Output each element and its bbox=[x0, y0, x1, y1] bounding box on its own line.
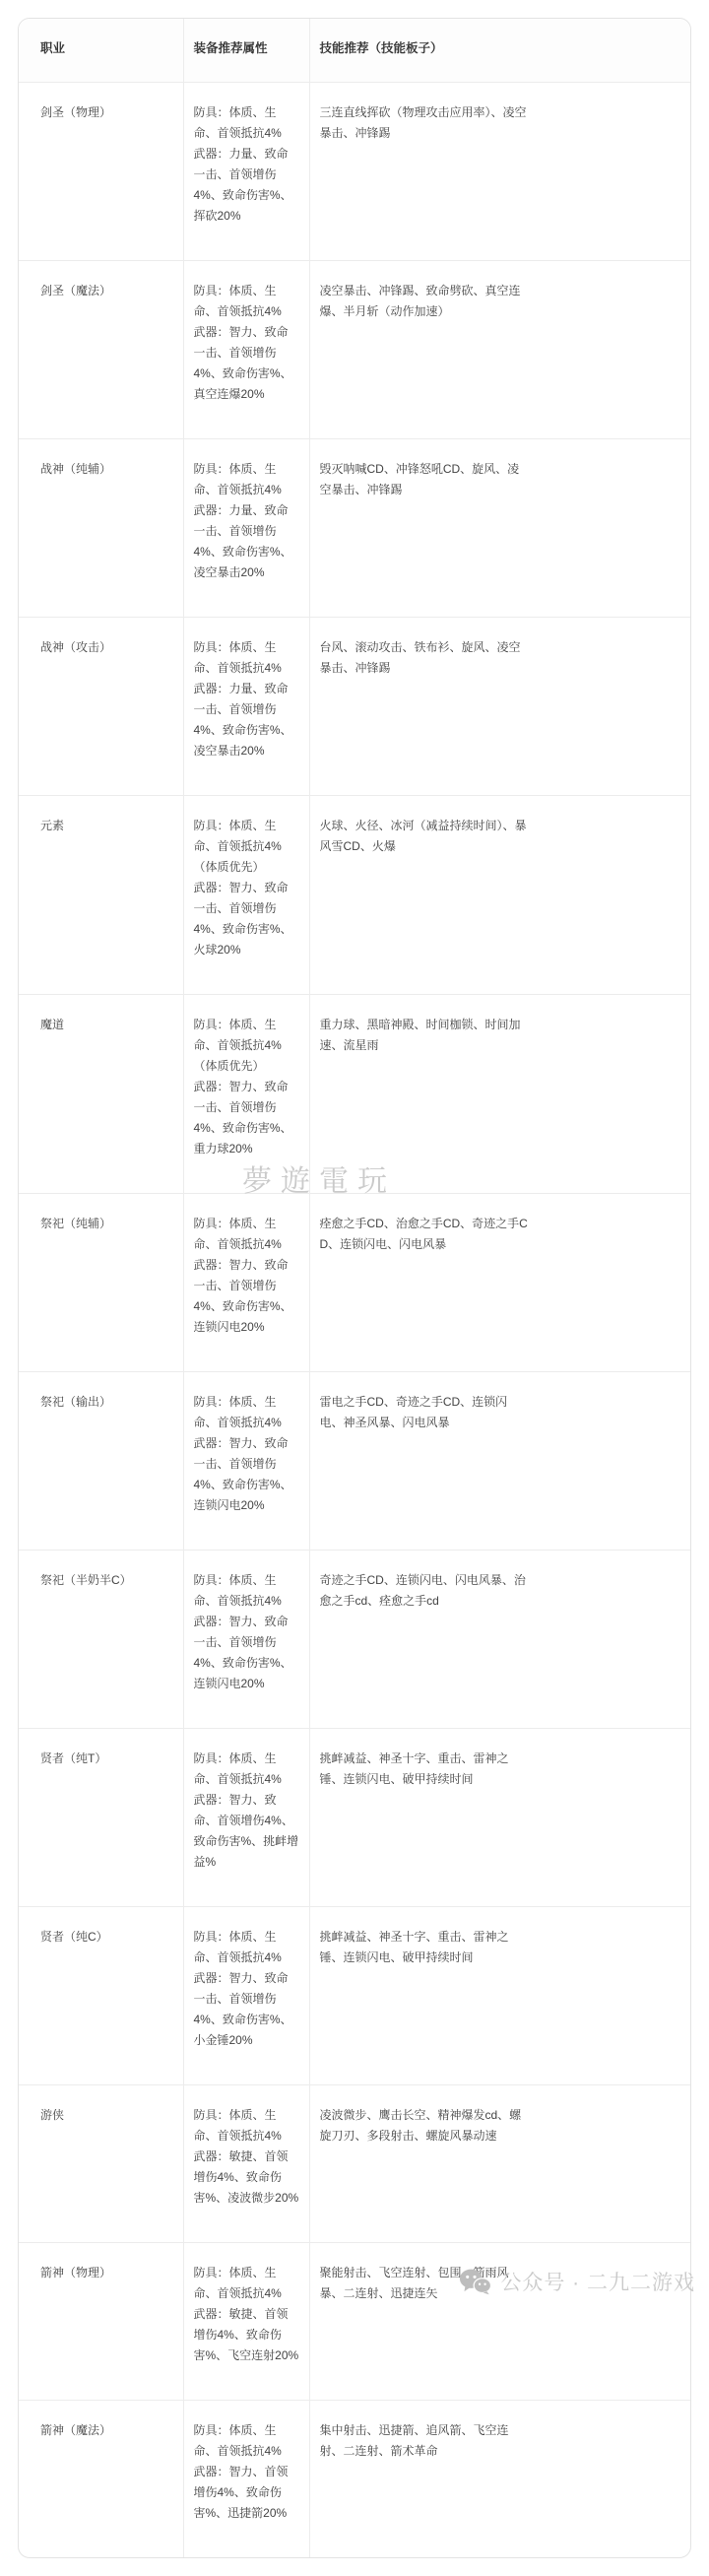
class-label: 元素 bbox=[40, 819, 64, 832]
armor-line: 防具：体质、生命、首领抵抗4% bbox=[194, 1570, 299, 1612]
cell-equipment: 防具：体质、生命、首领抵抗4% 武器：智力、首领增伤4%、致命伤害%、迅捷箭20… bbox=[183, 2401, 309, 2558]
header-cell-skills: 技能推荐（技能板子） bbox=[309, 19, 690, 83]
skills-text: 凌波微步、鹰击长空、精神爆发cd、螺旋刀刃、多段射击、螺旋风暴动速 bbox=[320, 2105, 529, 2147]
weapon-line: 武器：智力、致命一击、首领增伤4%、致命伤害%、连锁闪电20% bbox=[194, 1612, 299, 1694]
header-cell-class: 职业 bbox=[19, 19, 183, 83]
cell-equipment: 防具：体质、生命、首领抵抗4% 武器：智力、致命一击、首领增伤4%、致命伤害%、… bbox=[183, 1907, 309, 2085]
class-guide-table: 职业 装备推荐属性 技能推荐（技能板子） 剑圣（物理） 防具：体质、生命、首领抵… bbox=[18, 18, 691, 2558]
cell-equipment: 防具：体质、生命、首领抵抗4% 武器：智力、致命一击、首领增伤4%、致命伤害%、… bbox=[183, 261, 309, 439]
weapon-line: 武器：智力、致命一击、首领增伤4%、致命伤害%、火球20% bbox=[194, 878, 299, 960]
armor-line: 防具：体质、生命、首领抵抗4%（体质优先） bbox=[194, 1015, 299, 1077]
class-label: 魔道 bbox=[40, 1018, 64, 1031]
cell-equipment: 防具：体质、生命、首领抵抗4% 武器：力量、致命一击、首领增伤4%、致命伤害%、… bbox=[183, 618, 309, 796]
armor-line: 防具：体质、生命、首领抵抗4% bbox=[194, 1927, 299, 1968]
armor-line: 防具：体质、生命、首领抵抗4% bbox=[194, 102, 299, 144]
cell-class: 祭祀（纯辅） bbox=[19, 1194, 183, 1372]
cell-skills: 痊愈之手CD、治愈之手CD、奇迹之手CD、连锁闪电、闪电风暴 bbox=[309, 1194, 690, 1372]
cell-skills: 毁灭呐喊CD、冲锋怒吼CD、旋风、凌空暴击、冲锋踢 bbox=[309, 439, 690, 618]
cell-equipment: 防具：体质、生命、首领抵抗4% 武器：智力、致命一击、首领增伤4%、致命伤害%、… bbox=[183, 1551, 309, 1729]
skills-text: 火球、火径、冰河（减益持续时间）、暴风雪CD、火爆 bbox=[320, 816, 529, 857]
table-row: 贤者（纯C） 防具：体质、生命、首领抵抗4% 武器：智力、致命一击、首领增伤4%… bbox=[19, 1907, 690, 2085]
class-label: 贤者（纯T） bbox=[40, 1751, 106, 1765]
wechat-icon bbox=[459, 2268, 491, 2295]
weapon-line: 武器：敏捷、首领增伤4%、致命伤害%、飞空连射20% bbox=[194, 2304, 299, 2366]
table-row: 箭神（魔法） 防具：体质、生命、首领抵抗4% 武器：智力、首领增伤4%、致命伤害… bbox=[19, 2401, 690, 2558]
cell-equipment: 防具：体质、生命、首领抵抗4% 武器：智力、致命、首领增伤4%、致命伤害%、挑衅… bbox=[183, 1729, 309, 1907]
cell-equipment: 防具：体质、生命、首领抵抗4%（体质优先） 武器：智力、致命一击、首领增伤4%、… bbox=[183, 796, 309, 995]
cell-equipment: 防具：体质、生命、首领抵抗4% 武器：力量、致命一击、首领增伤4%、致命伤害%、… bbox=[183, 439, 309, 618]
skills-text: 三连直线挥砍（物理攻击应用率）、凌空暴击、冲锋踢 bbox=[320, 102, 529, 144]
skills-text: 挑衅减益、神圣十字、重击、雷神之锤、连锁闪电、破甲持续时间 bbox=[320, 1927, 529, 1968]
armor-line: 防具：体质、生命、首领抵抗4% bbox=[194, 1214, 299, 1255]
class-label: 战神（纯辅） bbox=[40, 462, 111, 476]
cell-equipment: 防具：体质、生命、首领抵抗4% 武器：力量、致命一击、首领增伤4%、致命伤害%、… bbox=[183, 83, 309, 261]
class-label: 剑圣（物理） bbox=[40, 105, 111, 119]
table-row: 祭祀（输出） 防具：体质、生命、首领抵抗4% 武器：智力、致命一击、首领增伤4%… bbox=[19, 1372, 690, 1551]
weapon-line: 武器：智力、致命一击、首领增伤4%、致命伤害%、小金锤20% bbox=[194, 1968, 299, 2051]
weapon-line: 武器：智力、首领增伤4%、致命伤害%、迅捷箭20% bbox=[194, 2462, 299, 2524]
weapon-line: 武器：敏捷、首领增伤4%、致命伤害%、凌波微步20% bbox=[194, 2147, 299, 2209]
armor-line: 防具：体质、生命、首领抵抗4% bbox=[194, 1392, 299, 1433]
cell-skills: 重力球、黑暗神殿、时间枷锁、时间加速、流星雨 bbox=[309, 995, 690, 1194]
cell-skills: 凌波微步、鹰击长空、精神爆发cd、螺旋刀刃、多段射击、螺旋风暴动速 bbox=[309, 2085, 690, 2243]
armor-line: 防具：体质、生命、首领抵抗4% bbox=[194, 459, 299, 500]
table-row: 元素 防具：体质、生命、首领抵抗4%（体质优先） 武器：智力、致命一击、首领增伤… bbox=[19, 796, 690, 995]
footer-account-label: 公众号 · 二九二游戏 bbox=[500, 2267, 695, 2296]
cell-class: 战神（纯辅） bbox=[19, 439, 183, 618]
armor-line: 防具：体质、生命、首领抵抗4% bbox=[194, 281, 299, 322]
weapon-line: 武器：智力、致命一击、首领增伤4%、致命伤害%、真空连爆20% bbox=[194, 322, 299, 405]
skills-text: 挑衅减益、神圣十字、重击、雷神之锤、连锁闪电、破甲持续时间 bbox=[320, 1749, 529, 1790]
skills-text: 集中射击、迅捷箭、追风箭、飞空连射、二连射、箭术革命 bbox=[320, 2420, 529, 2462]
armor-line: 防具：体质、生命、首领抵抗4% bbox=[194, 637, 299, 679]
class-label: 箭神（物理） bbox=[40, 2266, 111, 2279]
armor-line: 防具：体质、生命、首领抵抗4% bbox=[194, 1749, 299, 1790]
class-label: 贤者（纯C） bbox=[40, 1930, 108, 1944]
table-row: 祭祀（半奶半C） 防具：体质、生命、首领抵抗4% 武器：智力、致命一击、首领增伤… bbox=[19, 1551, 690, 1729]
skills-text: 毁灭呐喊CD、冲锋怒吼CD、旋风、凌空暴击、冲锋踢 bbox=[320, 459, 529, 500]
table-row: 祭祀（纯辅） 防具：体质、生命、首领抵抗4% 武器：智力、致命一击、首领增伤4%… bbox=[19, 1194, 690, 1372]
skills-text: 重力球、黑暗神殿、时间枷锁、时间加速、流星雨 bbox=[320, 1015, 529, 1056]
cell-class: 箭神（魔法） bbox=[19, 2401, 183, 2558]
cell-skills: 三连直线挥砍（物理攻击应用率）、凌空暴击、冲锋踢 bbox=[309, 83, 690, 261]
cell-class: 贤者（纯C） bbox=[19, 1907, 183, 2085]
table-row: 剑圣（物理） 防具：体质、生命、首领抵抗4% 武器：力量、致命一击、首领增伤4%… bbox=[19, 83, 690, 261]
cell-equipment: 防具：体质、生命、首领抵抗4% 武器：敏捷、首领增伤4%、致命伤害%、凌波微步2… bbox=[183, 2085, 309, 2243]
cell-equipment: 防具：体质、生命、首领抵抗4% 武器：智力、致命一击、首领增伤4%、致命伤害%、… bbox=[183, 1194, 309, 1372]
class-label: 游侠 bbox=[40, 2108, 64, 2122]
weapon-line: 武器：智力、致命一击、首领增伤4%、致命伤害%、连锁闪电20% bbox=[194, 1255, 299, 1338]
cell-equipment: 防具：体质、生命、首领抵抗4% 武器：敏捷、首领增伤4%、致命伤害%、飞空连射2… bbox=[183, 2243, 309, 2401]
armor-line: 防具：体质、生命、首领抵抗4%（体质优先） bbox=[194, 816, 299, 878]
table-row: 战神（纯辅） 防具：体质、生命、首领抵抗4% 武器：力量、致命一击、首领增伤4%… bbox=[19, 439, 690, 618]
cell-class: 元素 bbox=[19, 796, 183, 995]
weapon-line: 武器：力量、致命一击、首领增伤4%、致命伤害%、挥砍20% bbox=[194, 144, 299, 227]
class-label: 剑圣（魔法） bbox=[40, 284, 111, 297]
cell-skills: 火球、火径、冰河（减益持续时间）、暴风雪CD、火爆 bbox=[309, 796, 690, 995]
table-row: 剑圣（魔法） 防具：体质、生命、首领抵抗4% 武器：智力、致命一击、首领增伤4%… bbox=[19, 261, 690, 439]
cell-class: 魔道 bbox=[19, 995, 183, 1194]
skills-text: 痊愈之手CD、治愈之手CD、奇迹之手CD、连锁闪电、闪电风暴 bbox=[320, 1214, 529, 1255]
cell-class: 箭神（物理） bbox=[19, 2243, 183, 2401]
armor-line: 防具：体质、生命、首领抵抗4% bbox=[194, 2263, 299, 2304]
class-label: 祭祀（纯辅） bbox=[40, 1217, 111, 1230]
cell-skills: 集中射击、迅捷箭、追风箭、飞空连射、二连射、箭术革命 bbox=[309, 2401, 690, 2558]
cell-class: 贤者（纯T） bbox=[19, 1729, 183, 1907]
header-row: 职业 装备推荐属性 技能推荐（技能板子） bbox=[19, 19, 690, 83]
weapon-line: 武器：智力、致命一击、首领增伤4%、致命伤害%、连锁闪电20% bbox=[194, 1433, 299, 1516]
weapon-line: 武器：力量、致命一击、首领增伤4%、致命伤害%、凌空暴击20% bbox=[194, 500, 299, 583]
class-guide-table-grid: 职业 装备推荐属性 技能推荐（技能板子） 剑圣（物理） 防具：体质、生命、首领抵… bbox=[19, 19, 690, 2557]
cell-skills: 台风、滚动攻击、铁布衫、旋风、凌空暴击、冲锋踢 bbox=[309, 618, 690, 796]
cell-equipment: 防具：体质、生命、首领抵抗4%（体质优先） 武器：智力、致命一击、首领增伤4%、… bbox=[183, 995, 309, 1194]
class-label: 箭神（魔法） bbox=[40, 2423, 111, 2437]
cell-skills: 挑衅减益、神圣十字、重击、雷神之锤、连锁闪电、破甲持续时间 bbox=[309, 1907, 690, 2085]
class-label: 祭祀（半奶半C） bbox=[40, 1573, 132, 1587]
cell-class: 祭祀（输出） bbox=[19, 1372, 183, 1551]
weapon-line: 武器：智力、致命、首领增伤4%、致命伤害%、挑衅增益% bbox=[194, 1790, 299, 1873]
class-label: 战神（攻击） bbox=[40, 640, 111, 654]
weapon-line: 武器：力量、致命一击、首领增伤4%、致命伤害%、凌空暴击20% bbox=[194, 679, 299, 761]
header-cell-equipment: 装备推荐属性 bbox=[183, 19, 309, 83]
weapon-line: 武器：智力、致命一击、首领增伤4%、致命伤害%、重力球20% bbox=[194, 1077, 299, 1159]
cell-class: 剑圣（魔法） bbox=[19, 261, 183, 439]
cell-skills: 挑衅减益、神圣十字、重击、雷神之锤、连锁闪电、破甲持续时间 bbox=[309, 1729, 690, 1907]
cell-class: 战神（攻击） bbox=[19, 618, 183, 796]
cell-equipment: 防具：体质、生命、首领抵抗4% 武器：智力、致命一击、首领增伤4%、致命伤害%、… bbox=[183, 1372, 309, 1551]
armor-line: 防具：体质、生命、首领抵抗4% bbox=[194, 2105, 299, 2147]
table-row: 贤者（纯T） 防具：体质、生命、首领抵抗4% 武器：智力、致命、首领增伤4%、致… bbox=[19, 1729, 690, 1907]
skills-text: 奇迹之手CD、连锁闪电、闪电风暴、治愈之手cd、痊愈之手cd bbox=[320, 1570, 529, 1612]
skills-text: 雷电之手CD、奇迹之手CD、连锁闪电、神圣风暴、闪电风暴 bbox=[320, 1392, 529, 1433]
table-row: 游侠 防具：体质、生命、首领抵抗4% 武器：敏捷、首领增伤4%、致命伤害%、凌波… bbox=[19, 2085, 690, 2243]
cell-skills: 凌空暴击、冲锋踢、致命劈砍、真空连爆、半月斩（动作加速） bbox=[309, 261, 690, 439]
skills-text: 凌空暴击、冲锋踢、致命劈砍、真空连爆、半月斩（动作加速） bbox=[320, 281, 529, 322]
cell-class: 游侠 bbox=[19, 2085, 183, 2243]
cell-skills: 雷电之手CD、奇迹之手CD、连锁闪电、神圣风暴、闪电风暴 bbox=[309, 1372, 690, 1551]
cell-class: 剑圣（物理） bbox=[19, 83, 183, 261]
table-row: 战神（攻击） 防具：体质、生命、首领抵抗4% 武器：力量、致命一击、首领增伤4%… bbox=[19, 618, 690, 796]
cell-class: 祭祀（半奶半C） bbox=[19, 1551, 183, 1729]
skills-text: 台风、滚动攻击、铁布衫、旋风、凌空暴击、冲锋踢 bbox=[320, 637, 529, 679]
class-label: 祭祀（输出） bbox=[40, 1395, 111, 1409]
footer: 公众号 · 二九二游戏 bbox=[459, 2267, 695, 2296]
table-row: 魔道 防具：体质、生命、首领抵抗4%（体质优先） 武器：智力、致命一击、首领增伤… bbox=[19, 995, 690, 1194]
armor-line: 防具：体质、生命、首领抵抗4% bbox=[194, 2420, 299, 2462]
cell-skills: 奇迹之手CD、连锁闪电、闪电风暴、治愈之手cd、痊愈之手cd bbox=[309, 1551, 690, 1729]
